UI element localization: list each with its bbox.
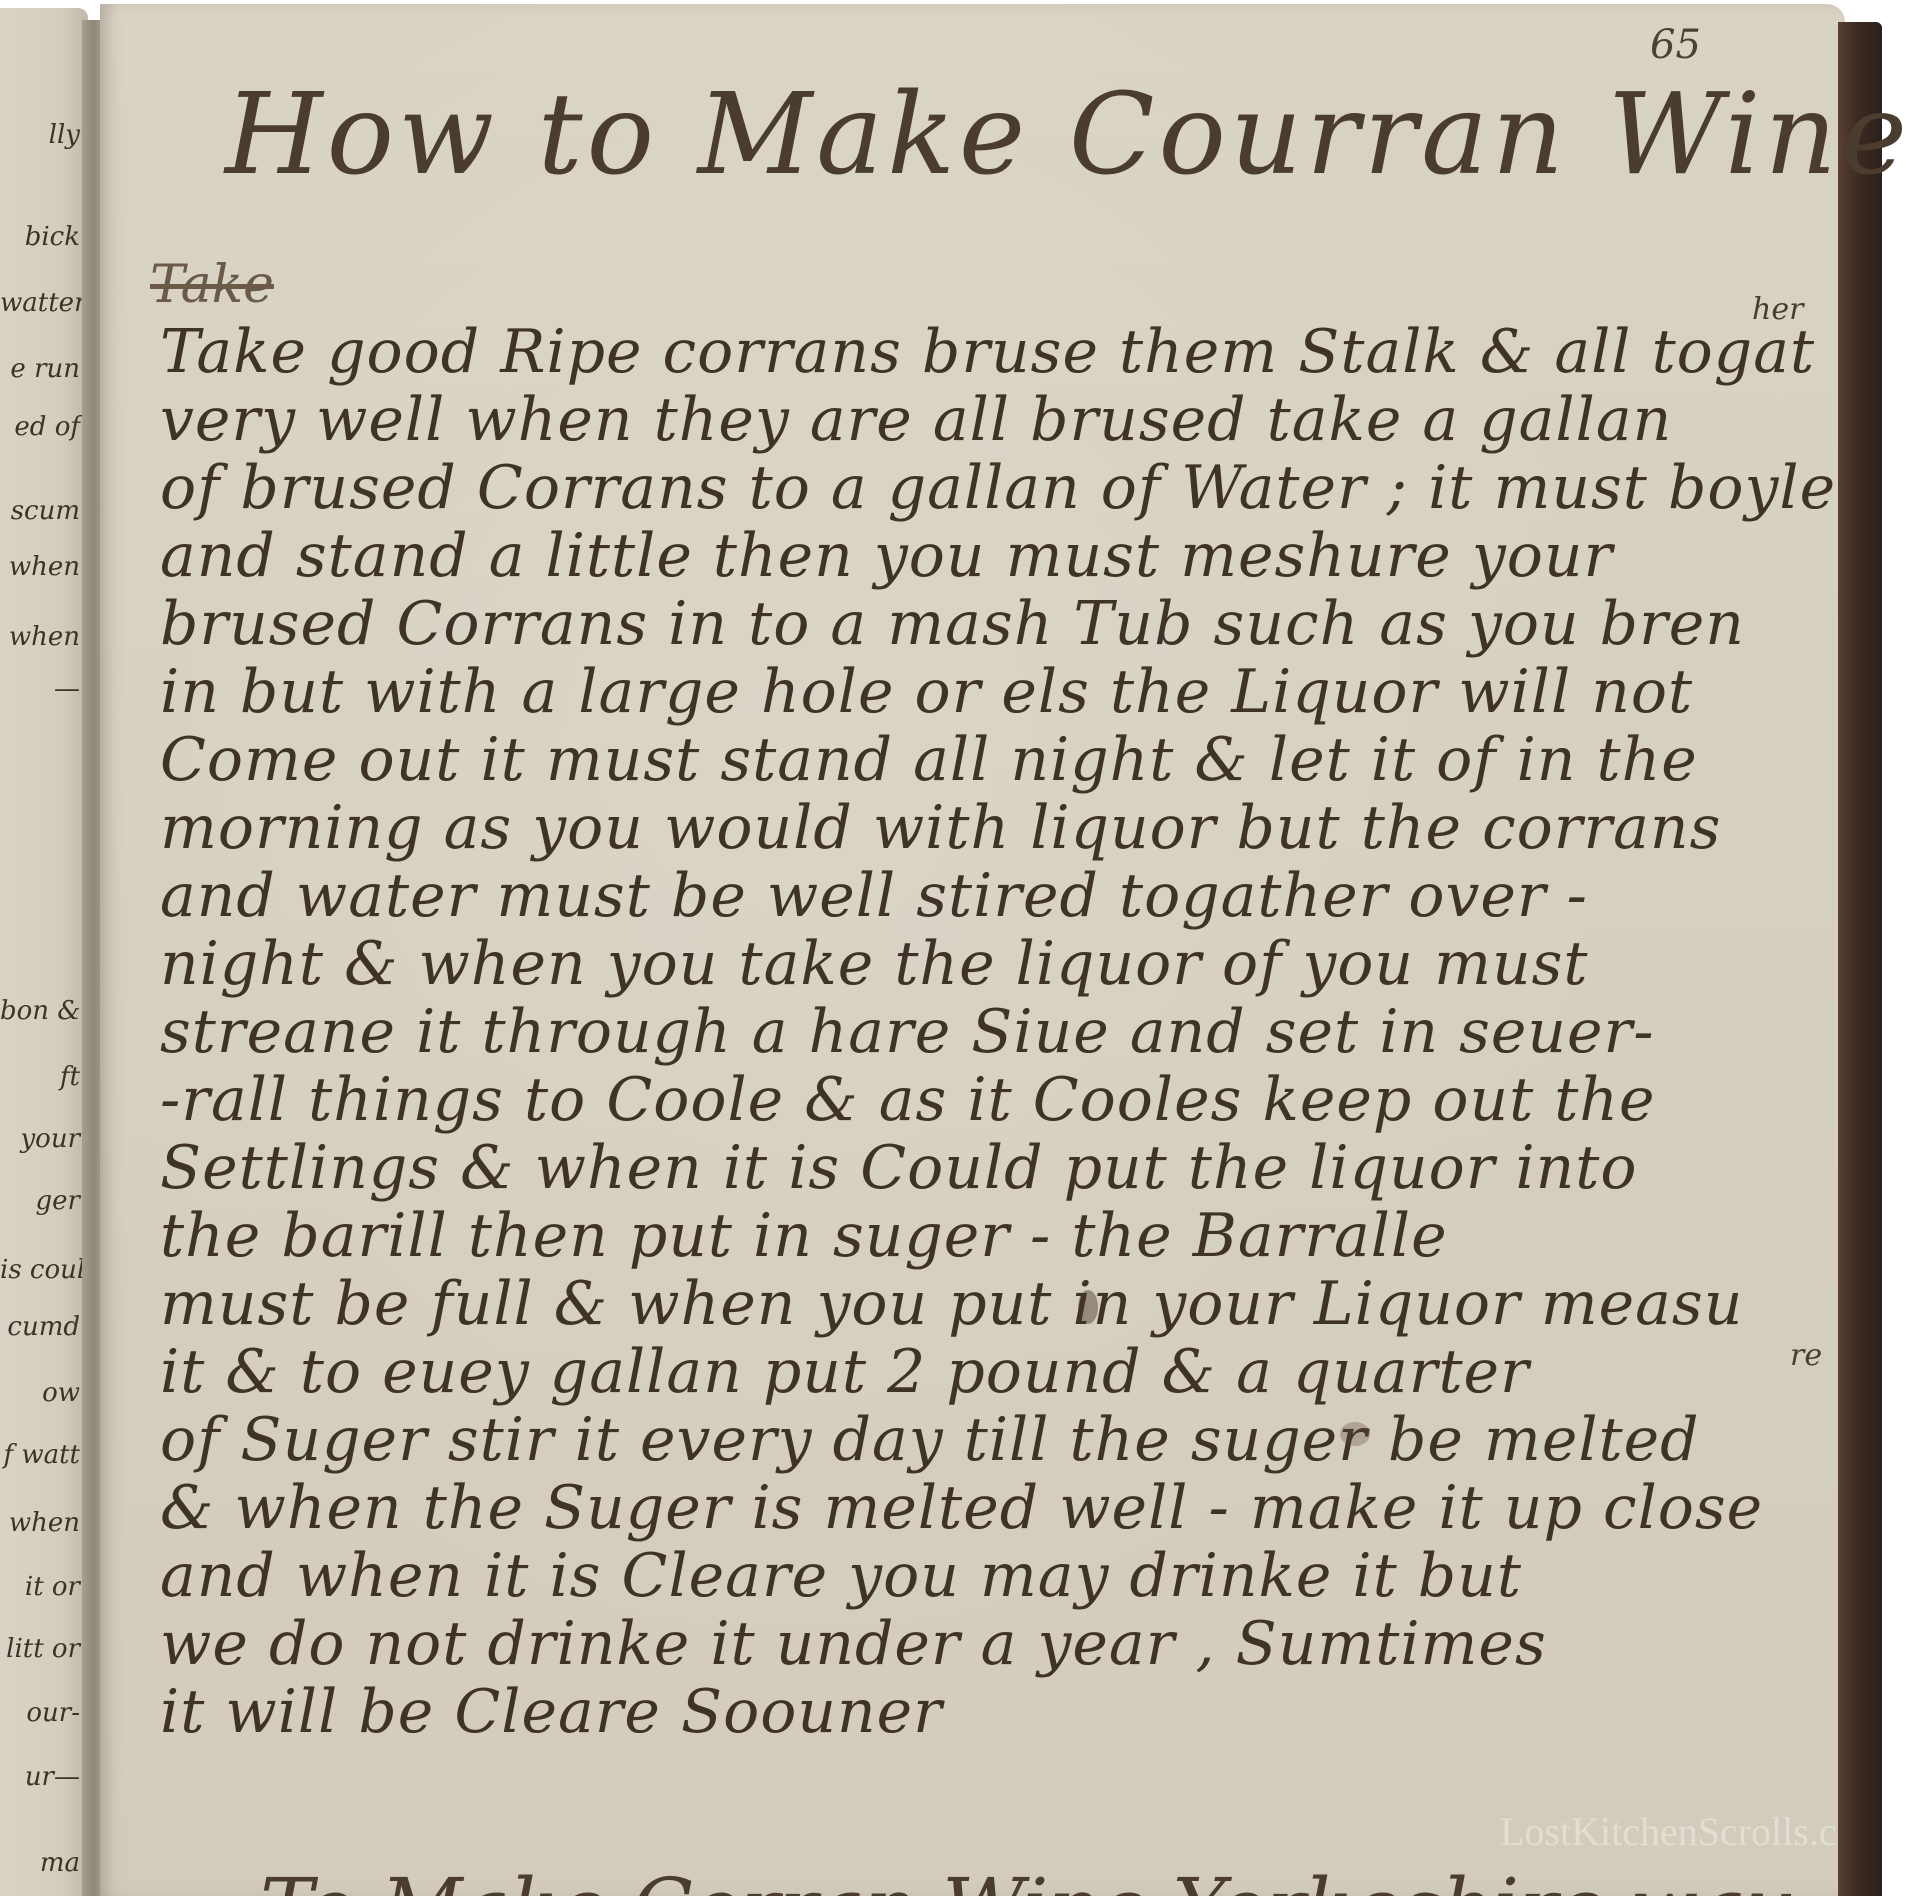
left-page-text-fragment: ed of (0, 412, 88, 442)
recipe-line: morning as you would with liquor but the… (160, 794, 1860, 862)
recipe-line: and when it is Cleare you may drinke it … (160, 1542, 1860, 1610)
left-page-text-fragment: ur— (0, 1762, 88, 1792)
recipe-body: Take good Ripe corrans bruse them Stalk … (160, 318, 1860, 1746)
recipe-line: and stand a little then you must meshure… (160, 522, 1860, 590)
recipe-line: very well when they are all brused take … (160, 386, 1860, 454)
left-page-text-fragment: — (0, 674, 88, 704)
left-page-text-fragment: e run (0, 354, 88, 384)
recipe-line: of Suger stir it every day till the suge… (160, 1406, 1860, 1474)
recipe-line: Settlings & when it is Could put the liq… (160, 1134, 1860, 1202)
recipe-line: it & to euey gallan put 2 pound & a quar… (160, 1338, 1860, 1406)
recipe-line: in but with a large hole or els the Liqu… (160, 658, 1860, 726)
left-facing-page: llybickwattere runed ofscumwhenwhen—bon … (0, 8, 88, 1896)
ink-blot (1078, 1290, 1098, 1324)
left-page-text-fragment: when (0, 1508, 88, 1538)
watermark: LostKitchenScrolls.c (1500, 1808, 1837, 1855)
left-page-text-fragment: watter (0, 288, 88, 318)
recipe-line: night & when you take the liquor of you … (160, 930, 1860, 998)
left-page-text-fragment: ma (0, 1848, 88, 1878)
page-number: 65 (1650, 22, 1701, 68)
ink-blot (1340, 1422, 1370, 1446)
recipe-line: Come out it must stand all night & let i… (160, 726, 1860, 794)
left-page-text-fragment: bick (0, 222, 88, 252)
recipe-line: -rall things to Coole & as it Cooles kee… (160, 1066, 1860, 1134)
left-page-text-fragment: litt or (0, 1634, 88, 1664)
recipe-line: & when the Suger is melted well - make i… (160, 1474, 1860, 1542)
recipe-title: How to Make Courran Wine (225, 70, 1785, 200)
recipe-line: and water must be well stired togather o… (160, 862, 1860, 930)
left-page-text-fragment: it or (0, 1572, 88, 1602)
recipe-line: must be full & when you put in your Liqu… (160, 1270, 1860, 1338)
left-page-text-fragment: our- (0, 1698, 88, 1728)
left-page-text-fragment: scum (0, 496, 88, 526)
left-page-text-fragment: ger (0, 1186, 88, 1216)
manuscript-scene: llybickwattere runed ofscumwhenwhen—bon … (0, 0, 1920, 1896)
left-page-text-fragment: f watt (0, 1440, 88, 1470)
recipe-line: we do not drinke it under a year , Sumti… (160, 1610, 1860, 1678)
left-page-text-fragment: bon & (0, 996, 88, 1026)
next-recipe-title: To Make Corran Wine Yorkeshire way (260, 1858, 1791, 1896)
left-page-text-fragment: is could (0, 1255, 88, 1285)
recipe-line: it will be Cleare Soouner (160, 1678, 1860, 1746)
left-page-text-fragment: ow (0, 1378, 88, 1408)
recipe-line: brused Corrans in to a mash Tub such as … (160, 590, 1860, 658)
left-page-text-fragment: ft (0, 1062, 88, 1092)
recipe-line: streane it through a hare Siue and set i… (160, 998, 1860, 1066)
recipe-line: the barill then put in suger - the Barra… (160, 1202, 1860, 1270)
recipe-line: Take good Ripe corrans bruse them Stalk … (160, 318, 1860, 386)
left-page-text-fragment: when (0, 552, 88, 582)
struck-out-word: Take (150, 255, 274, 315)
recipe-line: of brused Corrans to a gallan of Water ;… (160, 454, 1860, 522)
left-page-text-fragment: your (0, 1124, 88, 1154)
left-page-text-fragment: when (0, 622, 88, 652)
left-page-text-fragment: lly (0, 120, 88, 150)
left-page-text-fragment: cumd (0, 1312, 88, 1342)
